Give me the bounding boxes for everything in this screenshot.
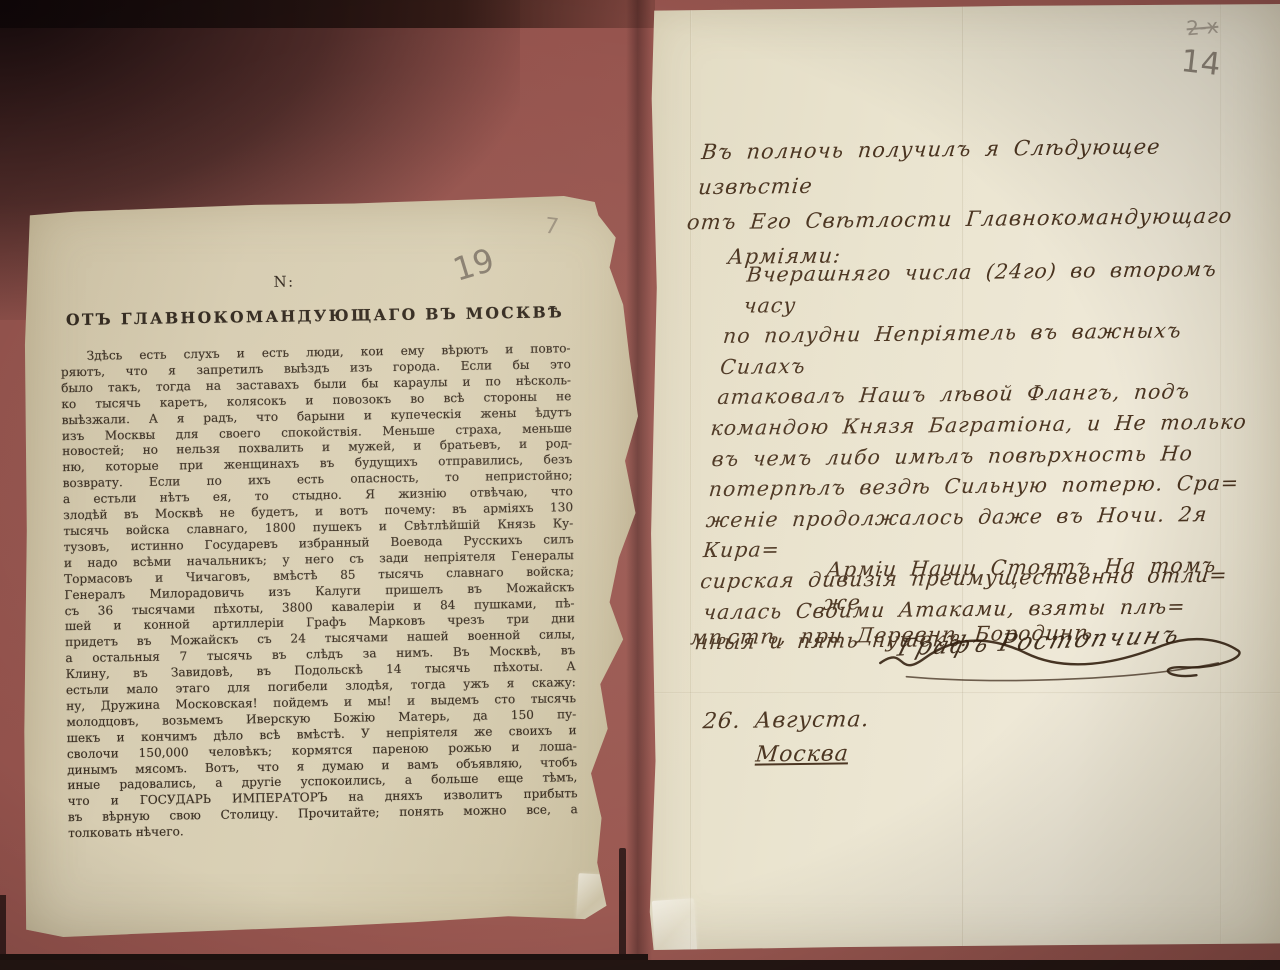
letter-text-line: Арміи Наши Стоятъ На томъ же [822, 548, 1250, 619]
case-bottom-ledge [0, 960, 1280, 970]
letter-place: Москва [754, 737, 868, 772]
letter-text-line: Вчерашняго числа (24го) во второмъ часу [743, 253, 1279, 321]
museum-display-case: N: 19 7 ОТЪ ГЛАВНОКОМАНДУЮЩАГО ВЪ МОСКВѢ… [0, 0, 1280, 970]
pencil-page-number: 14 [1179, 43, 1222, 83]
handwritten-letter-content: 2-х 14 Въ полночь получилъ я Слѣдующее и… [640, 0, 1280, 954]
case-top-shadow-band [0, 0, 655, 28]
letter-text-line: по полудни Непріятель въ важныхъ Силахъ [719, 314, 1273, 382]
letter-text-line: отъ Его Свѣтлости Главнокомандующаго [685, 199, 1244, 241]
pencil-corner-number: 7 [543, 214, 560, 241]
pencil-inventory-number: 19 [449, 241, 499, 289]
letter-text-line: Въ полночь получилъ я Слѣдующее извѣстіе [697, 128, 1251, 205]
printed-broadside-page: N: 19 7 ОТЪ ГЛАВНОКОМАНДУЮЩАГО ВЪ МОСКВѢ… [20, 196, 638, 940]
panel-divider-line [619, 848, 626, 970]
letter-intro-paragraph: Въ полночь получилъ я Слѣдующее извѣстіе… [682, 128, 1251, 275]
broadside-title: ОТЪ ГЛАВНОКОМАНДУЮЩАГО ВЪ МОСКВѢ [62, 302, 568, 329]
letter-date-block: 26. Августа. Москва [698, 703, 871, 773]
handwritten-letter-page: 2-х 14 Въ полночь получилъ я Слѣдующее и… [646, 4, 1280, 950]
printed-broadside-content: N: 19 7 ОТЪ ГЛАВНОКОМАНДУЮЩАГО ВЪ МОСКВѢ… [14, 191, 644, 945]
panel-divider-shadow [626, 0, 652, 970]
mounting-tape [576, 873, 609, 927]
broadside-body-text: Здѣсь есть слухъ и есть люди, кои ему вѣ… [61, 341, 579, 842]
document-number-label: N: [273, 272, 295, 290]
pencil-crossed-out-number: 2-х [1186, 14, 1220, 41]
mounting-tape [652, 898, 697, 953]
letter-date: 26. Августа. [701, 703, 871, 739]
signature-block: Графъ Ростопчинъ [866, 610, 1257, 693]
